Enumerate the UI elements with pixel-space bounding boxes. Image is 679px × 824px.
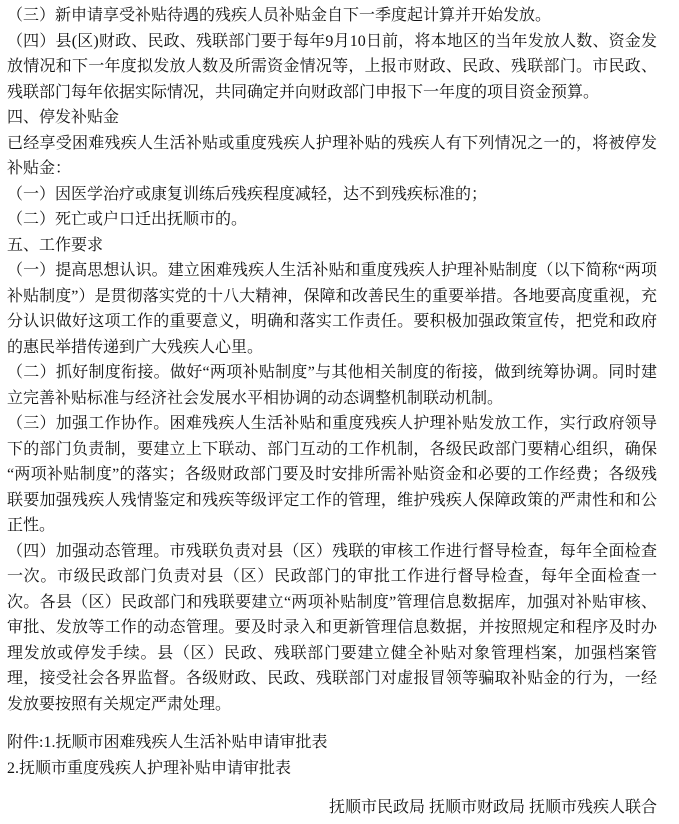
- paragraph-section-4-item-1: （一）因医学治疗或康复训练后残疾程度减轻，达不到残疾标准的；: [7, 182, 657, 208]
- document-body: （三）新申请享受补贴待遇的残疾人员补贴金自下一季度起计算并开始发放。 （四）县(…: [7, 3, 657, 717]
- paragraph-section-5-item-4: （四）加强动态管理。市残联负责对县（区）残联的审核工作进行督导检查，每年全面检查…: [7, 539, 657, 718]
- paragraph-section-5-item-2: （二）抓好制度衔接。做好“两项补贴制度”与其他相关制度的衔接，做到统筹协调。同时…: [7, 360, 657, 411]
- heading-section-4-stop-subsidy: 四、停发补贴金: [7, 105, 657, 131]
- document-page: （三）新申请享受补贴待遇的残疾人员补贴金自下一季度起计算并开始发放。 （四）县(…: [0, 0, 679, 824]
- paragraph-item-4-annual-reporting: （四）县(区)财政、民政、残联部门要于每年9月10日前，将本地区的当年发放人数、…: [7, 29, 657, 106]
- signature-issuing-authorities: 抚顺市民政局 抚顺市财政局 抚顺市残疾人联合: [329, 795, 657, 821]
- paragraph-section-5-item-1: （一）提高思想认识。建立困难残疾人生活补贴和重度残疾人护理补贴制度（以下简称“两…: [7, 258, 657, 360]
- attachment-line-2: 2.抚顺市重度残疾人护理补贴申请审批表: [7, 756, 657, 782]
- heading-section-5-work-requirements: 五、工作要求: [7, 233, 657, 259]
- paragraph-item-3-new-applicants: （三）新申请享受补贴待遇的残疾人员补贴金自下一季度起计算并开始发放。: [7, 3, 657, 29]
- paragraph-section-4-item-2: （二）死亡或户口迁出抚顺市的。: [7, 207, 657, 233]
- paragraph-section-4-intro: 已经享受困难残疾人生活补贴或重度残疾人护理补贴的残疾人有下列情况之一的，将被停发…: [7, 131, 657, 182]
- attachment-line-1: 附件:1.抚顺市困难残疾人生活补贴申请审批表: [7, 730, 657, 756]
- attachments-list: 附件:1.抚顺市困难残疾人生活补贴申请审批表 2.抚顺市重度残疾人护理补贴申请审…: [7, 730, 657, 781]
- paragraph-section-5-item-3: （三）加强工作协作。困难残疾人生活补贴和重度残疾人护理补贴发放工作，实行政府领导…: [7, 411, 657, 539]
